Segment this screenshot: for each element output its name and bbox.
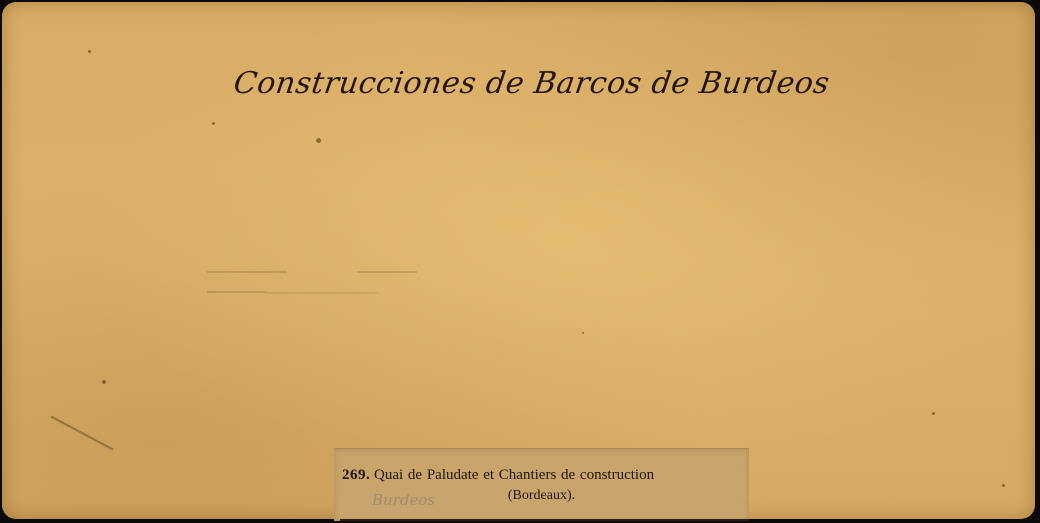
stereoview-card-back: Construcciones de Barcos de Burdeos 269.… [2,2,1035,519]
label-underline [340,519,749,521]
view-title: Quai de Paludate et Chantiers de constru… [374,467,654,483]
foxing-spot [88,50,91,53]
foxing-spot [582,332,584,334]
foxing-spot [316,138,321,143]
foxing-spot [1002,484,1005,487]
surface-scratch [51,416,114,451]
view-location: (Bordeaux). [334,488,749,504]
foxing-spot [212,122,215,125]
handwritten-inscription: Construcciones de Barcos de Burdeos [232,66,857,101]
catalog-number: 269. [342,467,370,483]
label-title-line: 269. Quai de Paludate et Chantiers de co… [342,467,747,484]
faded-offset-text [207,267,437,307]
foxing-spot [932,412,935,415]
foxing-spot [102,380,106,384]
printed-title-label: 269. Quai de Paludate et Chantiers de co… [334,448,749,521]
